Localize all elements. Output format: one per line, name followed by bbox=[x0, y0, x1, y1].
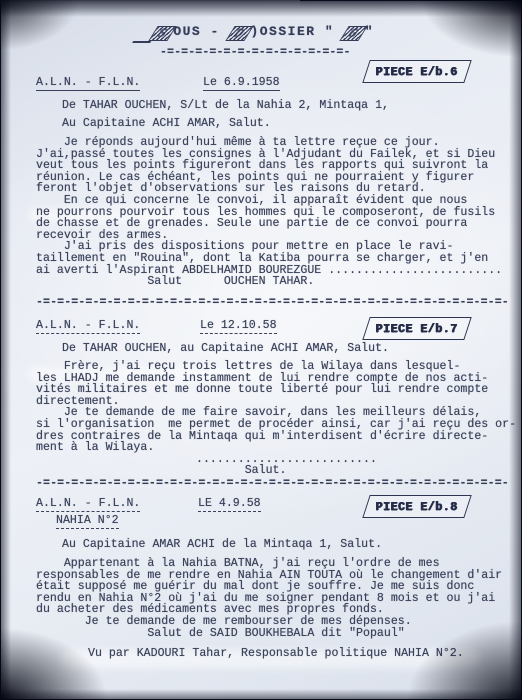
letter-date: LE 4.9.58 bbox=[198, 497, 261, 512]
letter-body: Appartenant à la Nahia BATNA, j'ai reçu … bbox=[36, 558, 502, 639]
title-fragment: OUS - bbox=[173, 24, 229, 39]
piece-label: PIECE E/b.6 bbox=[376, 66, 458, 79]
nahia-subheading: NAHIA N°2 bbox=[56, 514, 119, 529]
address-line: De TAHAR OUCHEN, au Capitaine ACHI AMAR,… bbox=[62, 343, 389, 355]
letter-date: Le 12.10.58 bbox=[200, 319, 277, 334]
org-heading: A.L.N. - F.L.N. bbox=[36, 319, 140, 334]
section-separator: -=-=-=-=-=-=-=-=-=-=-=-=-=-=-=-=-=-=-=-=… bbox=[36, 297, 509, 309]
address-line: Au Capitaine AMAR ACHI de la Mintaqa 1, … bbox=[62, 539, 382, 551]
piece-label: PIECE E/b.7 bbox=[376, 323, 458, 336]
title-underline-dashes: -=-=-=-=-=-=-=-=-=-=-=-=-=- bbox=[160, 47, 351, 59]
org-heading: A.L.N. - F.L.N. bbox=[36, 497, 140, 512]
title-fragment: )OSSIER " bbox=[250, 24, 343, 39]
document-title: SOUS - D)OSSIER " G" bbox=[152, 26, 374, 41]
piece-stamp: PIECE E/b.6 bbox=[362, 60, 472, 83]
piece-stamp: PIECE E/b.8 bbox=[362, 495, 472, 518]
address-line: De TAHAR OUCHEN, S/Lt de la Nahia 2, Min… bbox=[62, 100, 389, 112]
letter-body: Frère, j'ai reçu trois lettres de la Wil… bbox=[36, 361, 516, 477]
org-heading: A.L.N. - F.L.N. bbox=[36, 76, 140, 91]
letter-body: Je réponds aujourd'hui même à ta lettre … bbox=[36, 137, 502, 288]
piece-label: PIECE E/b.8 bbox=[376, 501, 458, 514]
seen-by-footer: Vu par KADOURI Tahar, Responsable politi… bbox=[88, 648, 464, 660]
scanned-document-photo: SOUS - D)OSSIER " G" -=-=-=-=-=-=-=-=-=-… bbox=[0, 0, 522, 700]
section-separator: -=-=-=-=-=-=-=-=-=-=-=-=-=-=-=-=-=-=-=-=… bbox=[36, 478, 509, 490]
letter-date: Le 6.9.1958 bbox=[203, 76, 280, 91]
address-line: Au Capitaine ACHI AMAR, Salut. bbox=[62, 118, 271, 130]
piece-stamp: PIECE E/b.7 bbox=[362, 317, 472, 340]
